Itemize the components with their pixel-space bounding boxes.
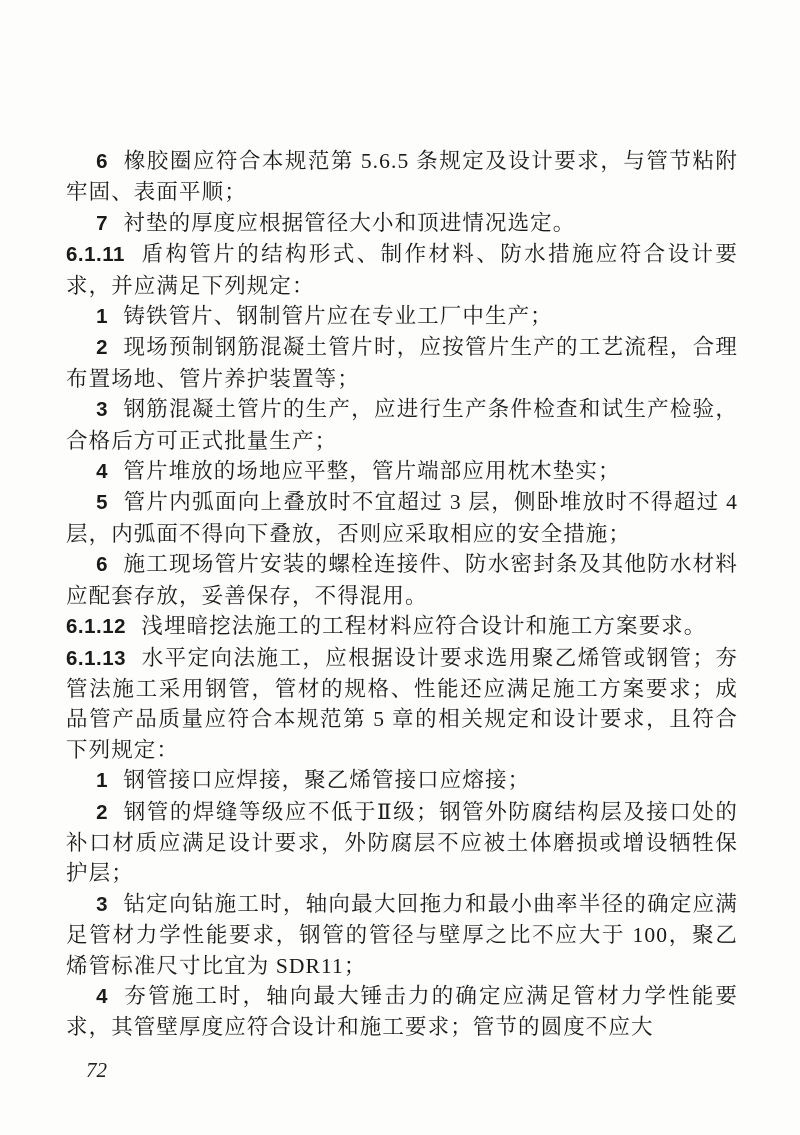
paragraph: 4夯管施工时，轴向最大锤击力的确定应满足管材力学性能要求，其管壁厚度应符合设计和… bbox=[66, 981, 738, 1043]
document-page: 6橡胶圈应符合本规范第 5.6.5 条规定及设计要求，与管节粘附牢固、表面平顺；… bbox=[0, 0, 800, 1135]
clause-text: 管片堆放的场地应平整，管片端部应用枕木垫实； bbox=[123, 459, 620, 483]
clause-text: 铸铁管片、钢制管片应在专业工厂中生产； bbox=[123, 304, 552, 328]
clause-text: 钢管接口应焊接，聚乙烯管接口应熔接； bbox=[123, 768, 530, 792]
paragraph: 6施工现场管片安装的螺栓连接件、防水密封条及其他防水材料应配套存放，妥善保存，不… bbox=[66, 549, 738, 611]
clause-text: 水平定向法施工，应根据设计要求选用聚乙烯管或钢管；夯管法施工采用钢管，管材的规格… bbox=[66, 646, 738, 762]
clause-number: 1 bbox=[96, 305, 108, 328]
paragraph: 1铸铁管片、钢制管片应在专业工厂中生产； bbox=[66, 301, 738, 332]
paragraph: 6橡胶圈应符合本规范第 5.6.5 条规定及设计要求，与管节粘附牢固、表面平顺； bbox=[66, 146, 738, 208]
clause-number: 5 bbox=[96, 491, 108, 514]
clause-number: 7 bbox=[96, 212, 108, 235]
clause-text: 橡胶圈应符合本规范第 5.6.5 条规定及设计要求，与管节粘附牢固、表面平顺； bbox=[66, 149, 738, 204]
clause-number: 6.1.11 bbox=[66, 243, 125, 266]
paragraph: 2现场预制钢筋混凝土管片时，应按管片生产的工艺流程，合理布置场地、管片养护装置等… bbox=[66, 332, 738, 394]
clause-number: 4 bbox=[96, 985, 108, 1008]
paragraph: 3钢筋混凝土管片的生产，应进行生产条件检查和试生产检验，合格后方可正式批量生产； bbox=[66, 394, 738, 456]
paragraph: 1钢管接口应焊接，聚乙烯管接口应熔接； bbox=[66, 765, 738, 796]
paragraph: 6.1.11盾构管片的结构形式、制作材料、防水措施应符合设计要求，并应满足下列规… bbox=[66, 239, 738, 301]
clause-text: 钢筋混凝土管片的生产，应进行生产条件检查和试生产检验，合格后方可正式批量生产； bbox=[66, 397, 738, 452]
paragraph: 5管片内弧面向上叠放时不宜超过 3 层，侧卧堆放时不得超过 4 层，内弧面不得向… bbox=[66, 487, 738, 549]
clause-text: 衬垫的厚度应根据管径大小和顶进情况选定。 bbox=[123, 211, 575, 235]
paragraph: 2钢管的焊缝等级应不低于Ⅱ级；钢管外防腐结构层及接口处的补口材质应满足设计要求，… bbox=[66, 797, 738, 889]
clause-number: 6.1.13 bbox=[66, 647, 126, 670]
clause-text: 管片内弧面向上叠放时不宜超过 3 层，侧卧堆放时不得超过 4 层，内弧面不得向下… bbox=[66, 490, 738, 545]
clause-text: 钢管的焊缝等级应不低于Ⅱ级；钢管外防腐结构层及接口处的补口材质应满足设计要求，外… bbox=[66, 800, 738, 886]
clause-text: 现场预制钢筋混凝土管片时，应按管片生产的工艺流程，合理布置场地、管片养护装置等； bbox=[66, 335, 738, 390]
paragraph: 6.1.13水平定向法施工，应根据设计要求选用聚乙烯管或钢管；夯管法施工采用钢管… bbox=[66, 643, 738, 766]
clause-number: 2 bbox=[96, 801, 108, 824]
clause-number: 6.1.12 bbox=[66, 615, 126, 638]
paragraph: 6.1.12浅埋暗挖法施工的工程材料应符合设计和施工方案要求。 bbox=[66, 611, 738, 642]
paragraph: 4管片堆放的场地应平整，管片端部应用枕木垫实； bbox=[66, 456, 738, 487]
clause-number: 3 bbox=[96, 398, 108, 421]
clause-text: 夯管施工时，轴向最大锤击力的确定应满足管材力学性能要求，其管壁厚度应符合设计和施… bbox=[66, 984, 738, 1039]
clause-text: 盾构管片的结构形式、制作材料、防水措施应符合设计要求，并应满足下列规定： bbox=[66, 242, 738, 297]
clause-number: 6 bbox=[96, 553, 108, 576]
clause-text: 浅埋暗挖法施工的工程材料应符合设计和施工方案要求。 bbox=[141, 614, 706, 638]
clause-text: 施工现场管片安装的螺栓连接件、防水密封条及其他防水材料应配套存放，妥善保存，不得… bbox=[66, 552, 738, 607]
clause-number: 1 bbox=[96, 769, 108, 792]
document-body: 6橡胶圈应符合本规范第 5.6.5 条规定及设计要求，与管节粘附牢固、表面平顺；… bbox=[66, 146, 738, 1043]
paragraph: 3钻定向钻施工时，轴向最大回拖力和最小曲率半径的确定应满足管材力学性能要求，钢管… bbox=[66, 889, 738, 981]
clause-number: 3 bbox=[96, 893, 108, 916]
clause-number: 4 bbox=[96, 460, 108, 483]
paragraph: 7衬垫的厚度应根据管径大小和顶进情况选定。 bbox=[66, 208, 738, 239]
clause-text: 钻定向钻施工时，轴向最大回拖力和最小曲率半径的确定应满足管材力学性能要求，钢管的… bbox=[66, 892, 738, 978]
clause-number: 6 bbox=[96, 150, 108, 173]
clause-number: 2 bbox=[96, 336, 108, 359]
page-number: 72 bbox=[86, 1058, 107, 1083]
